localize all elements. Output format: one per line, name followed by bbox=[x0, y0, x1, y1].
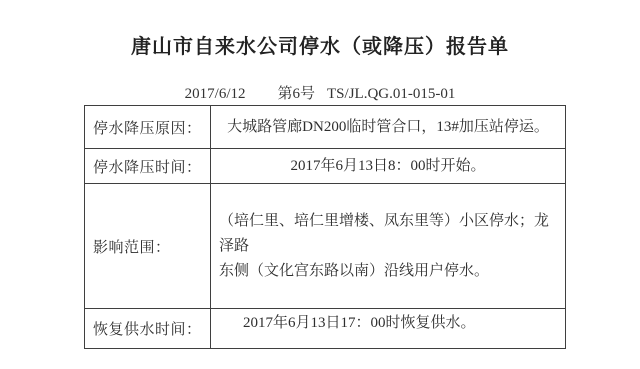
row-label-cause: 停水降压原因： bbox=[85, 106, 211, 149]
document-title: 唐山市自来水公司停水（或降压）报告单 bbox=[0, 30, 640, 59]
row-value-affected-area: （培仁里、培仁里增楼、凤东里等）小区停水；龙泽路 东侧（文化宫东路以南）沿线用户… bbox=[211, 184, 565, 309]
row-value-restore-time: 2017年6月13日17：00时恢复供水。 bbox=[211, 309, 565, 348]
report-document: 唐山市自来水公司停水（或降压）报告单 2017/6/12第6号TS/JL.QG.… bbox=[0, 0, 640, 369]
row-value-start-time: 2017年6月13日8：00时开始。 bbox=[211, 149, 565, 184]
meta-issue-number: 第6号 bbox=[278, 86, 316, 102]
meta-doc-code: TS/JL.QG.01-015-01 bbox=[327, 86, 455, 102]
document-meta: 2017/6/12第6号TS/JL.QG.01-015-01 bbox=[0, 82, 640, 103]
row-label-affected-area: 影响范围： bbox=[85, 184, 211, 309]
row-value-cause: 大城路管廊DN200临时管合口，13#加压站停运。 bbox=[211, 106, 565, 149]
report-table: 停水降压原因： 大城路管廊DN200临时管合口，13#加压站停运。 停水降压时间… bbox=[84, 105, 566, 349]
meta-date: 2017/6/12 bbox=[185, 86, 246, 102]
row-label-restore-time: 恢复供水时间： bbox=[85, 309, 211, 348]
row-label-start-time: 停水降压时间： bbox=[85, 149, 211, 184]
